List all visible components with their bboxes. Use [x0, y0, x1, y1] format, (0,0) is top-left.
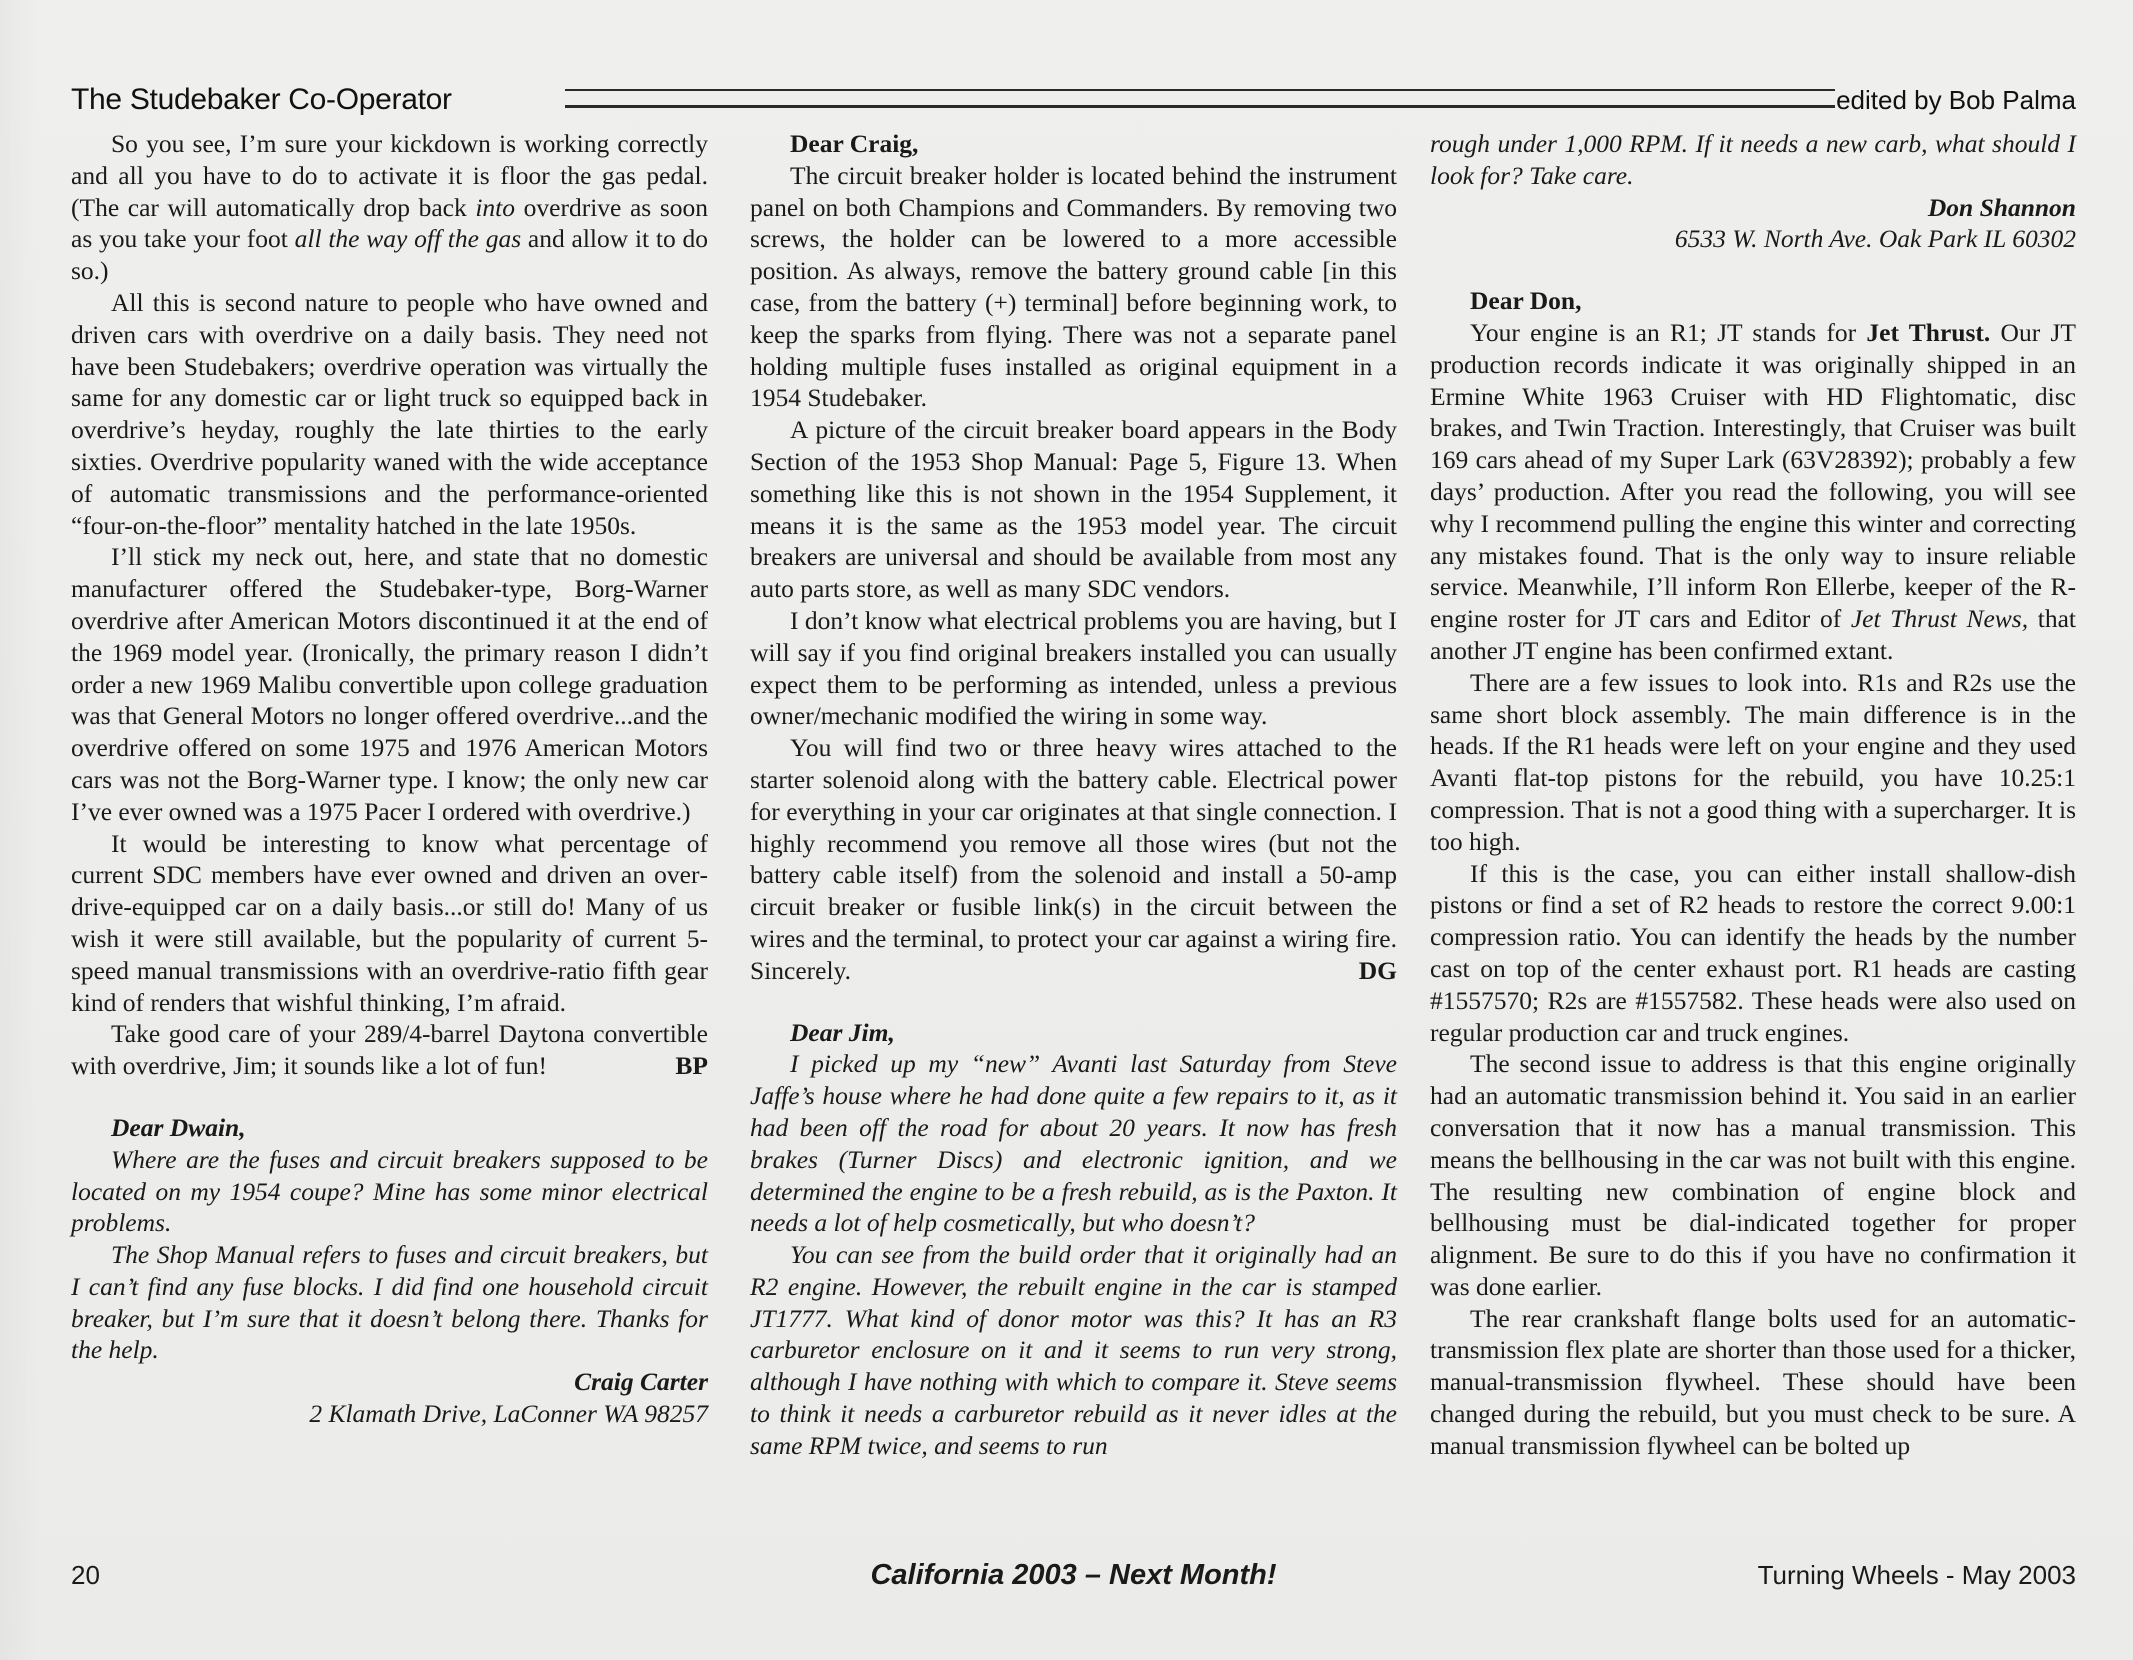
- paragraph-closing: You will find two or three heavy wires a…: [750, 732, 1397, 986]
- reply-salutation: Dear Don,: [1430, 285, 2076, 317]
- editor-credit: edited by Bob Palma: [1836, 80, 2076, 120]
- paragraph: The rear crankshaft flange bolts used fo…: [1430, 1303, 2076, 1462]
- reader-letter-continued: rough under 1,000 RPM. If it needs a new…: [1430, 128, 2076, 255]
- letter-signature-address: 2 Klamath Drive, LaConner WA 98257: [71, 1398, 708, 1430]
- paragraph: The second issue to address is that this…: [1430, 1048, 2076, 1302]
- letter-signature-name: Don Shannon: [1430, 192, 2076, 224]
- author-initials: BP: [635, 1050, 708, 1082]
- letter-signature-address: 6533 W. North Ave. Oak Park IL 60302: [1430, 223, 2076, 255]
- paragraph: There are a few issues to look into. R1s…: [1430, 667, 2076, 858]
- page-header: The Studebaker Co-Operator edited by Bob…: [71, 80, 2076, 120]
- column-3: rough under 1,000 RPM. If it needs a new…: [1430, 128, 2076, 1462]
- letter-paragraph: The Shop Manual refers to fuses and circ…: [71, 1239, 708, 1366]
- letter-salutation: Dear Jim,: [750, 1017, 1397, 1049]
- spacer: [71, 1082, 708, 1112]
- letter-paragraph: rough under 1,000 RPM. If it needs a new…: [1430, 128, 2076, 192]
- paragraph: All this is second nature to people who …: [71, 287, 708, 541]
- letter-salutation: Dear Dwain,: [71, 1112, 708, 1144]
- column-2: Dear Craig, The circuit breaker holder i…: [750, 128, 1397, 1462]
- column-1: So you see, I’m sure your kickdown is wo…: [71, 128, 708, 1430]
- reply-salutation: Dear Craig,: [750, 128, 1397, 160]
- page-footer: 20 California 2003 – Next Month! Turning…: [71, 1555, 2076, 1595]
- letter-paragraph: Where are the fuses and circuit breakers…: [71, 1144, 708, 1239]
- issue-label: Turning Wheels - May 2003: [1758, 1555, 2076, 1595]
- letter-paragraph: I picked up my “new” Avanti last Saturda…: [750, 1048, 1397, 1239]
- paragraph: Your engine is an R1; JT stands for Jet …: [1430, 317, 2076, 667]
- paragraph-closing: Take good care of your 289/4-barrel Dayt…: [71, 1018, 708, 1082]
- column-title: The Studebaker Co-Operator: [71, 80, 452, 120]
- publication-title: Jet Thrust News,: [1851, 604, 2028, 633]
- reader-letter: Dear Jim, I picked up my “new” Avanti la…: [750, 1017, 1397, 1462]
- paragraph: The circuit breaker holder is located be…: [750, 160, 1397, 414]
- bold-term: Jet Thrust.: [1866, 318, 1990, 347]
- paragraph-text: Our JT production records indicate it wa…: [1430, 318, 2076, 633]
- paragraph: I don’t know what electrical problems yo…: [750, 605, 1397, 732]
- spacer: [750, 987, 1397, 1017]
- paragraph: I’ll stick my neck out, here, and state …: [71, 541, 708, 827]
- paragraph: So you see, I’m sure your kickdown is wo…: [71, 128, 708, 287]
- paragraph: It would be interesting to know what per…: [71, 828, 708, 1019]
- paragraph-text: You will find two or three heavy wires a…: [750, 733, 1397, 985]
- letter-signature-name: Craig Carter: [71, 1366, 708, 1398]
- author-initials: DG: [1319, 955, 1397, 987]
- spacer: [1430, 255, 2076, 285]
- reader-letter: Dear Dwain, Where are the fuses and circ…: [71, 1112, 708, 1430]
- paragraph-text: Your engine is an R1; JT stands for: [1470, 318, 1866, 347]
- letter-paragraph: You can see from the build order that it…: [750, 1239, 1397, 1462]
- header-double-rule: [565, 89, 1835, 108]
- paragraph: If this is the case, you can either inst…: [1430, 858, 2076, 1049]
- paragraph-text: Take good care of your 289/4-barrel Dayt…: [71, 1019, 708, 1080]
- paragraph: A picture of the circuit breaker board a…: [750, 414, 1397, 605]
